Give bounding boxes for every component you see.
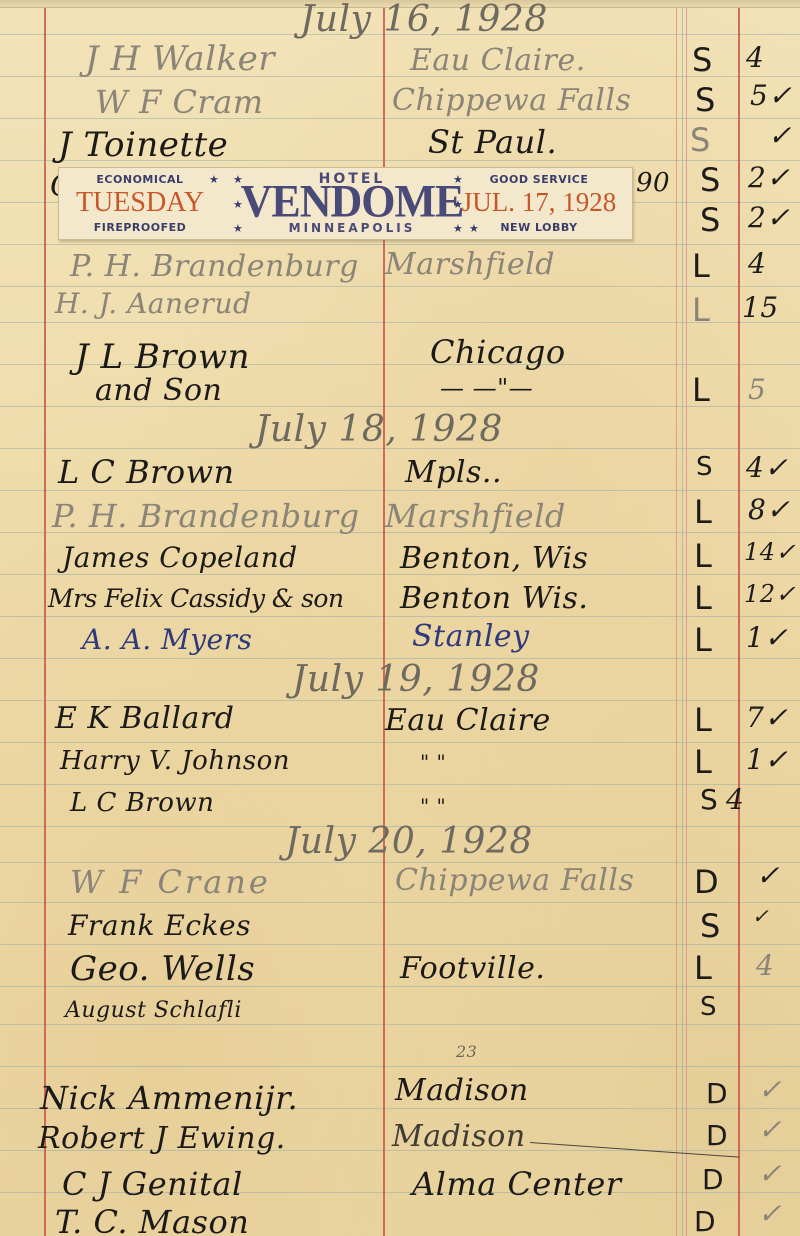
guest-city: " " (420, 752, 446, 772)
guest-name: Harry V. Johnson (60, 748, 290, 774)
rate: ✓ (756, 862, 780, 890)
room-code: S (695, 84, 716, 116)
rate: ✓ (758, 1160, 782, 1188)
room-code: S (700, 910, 721, 942)
rate: 7✓ (746, 704, 788, 732)
guest-city: Chicago (430, 336, 566, 368)
guest-city: Mpls.. (405, 458, 502, 488)
room-code: S (700, 204, 721, 236)
guest-name: W F Crane (70, 866, 271, 898)
rate: 4 (748, 250, 766, 278)
room-code: L (692, 250, 710, 282)
stamp-fireproofed: FIREPROOFED (65, 221, 215, 234)
date-heading: July 20, 1928 (285, 824, 533, 860)
guest-city: St Paul. (428, 126, 557, 158)
rate: ✓ (758, 1200, 782, 1228)
guest-city: — —"— (440, 376, 533, 400)
room-code: S (690, 124, 711, 156)
guest-name: James Copeland (62, 544, 298, 572)
room-code: L (692, 374, 710, 406)
guest-city: Alma Center (412, 1168, 622, 1200)
guest-city: Chippewa Falls (392, 86, 631, 116)
guest-city: Stanley (412, 622, 530, 652)
guest-name: E K Ballard (55, 704, 234, 734)
rate: ✓ (768, 122, 792, 150)
guest-name: T. C. Mason (55, 1206, 249, 1236)
room-code: D (706, 1080, 728, 1108)
rate: 1✓ (746, 624, 788, 652)
guest-name: P. H. Brandenburg (70, 252, 359, 282)
guest-city: Madison (395, 1076, 529, 1106)
room-code: L (694, 582, 712, 614)
room-code: L (694, 540, 712, 572)
rate: 5 (748, 376, 766, 404)
date-heading: July 16, 1928 (300, 2, 548, 38)
room-code: L (694, 746, 712, 778)
guest-city: Eau Claire (385, 706, 551, 736)
stamp-day: TUESDAY (65, 187, 215, 219)
date-heading: July 19, 1928 (292, 662, 540, 698)
guest-name: W F Cram (95, 86, 264, 118)
room-code: S (700, 994, 717, 1020)
guest-name: Geo. Wells (70, 952, 255, 986)
room-code: S (700, 786, 718, 814)
room-code: D (702, 1166, 724, 1194)
stamp-hotel-block: HOTEL VENDOME MINNEAPOLIS (227, 168, 477, 239)
guest-name: J H Walker (85, 42, 275, 76)
left-margin-rule (44, 8, 46, 1236)
rate: ✓ (758, 1076, 782, 1104)
stamp-left-block: ECONOMICAL TUESDAY FIREPROOFED (65, 168, 215, 239)
stamp-good-service: GOOD SERVICE (447, 173, 631, 186)
guest-name: Mrs Felix Cassidy & son (48, 586, 344, 611)
rate: 14✓ (744, 540, 796, 564)
room-code: L (694, 952, 712, 984)
guest-name: August Schlafli (65, 1000, 242, 1022)
rate: 8✓ (748, 496, 790, 524)
rate: 2✓ (748, 204, 790, 232)
rate: 15 (742, 294, 779, 322)
room-code: L (694, 704, 712, 736)
guest-city: Footville. (400, 954, 545, 984)
stamp-city: MINNEAPOLIS (227, 221, 477, 235)
rate-column-rule (738, 8, 740, 1236)
rate: 4 (756, 952, 774, 980)
room-code: L (692, 294, 710, 326)
room-code: D (694, 1208, 716, 1236)
room-code: S (696, 454, 713, 480)
room-code: S (700, 164, 721, 196)
hotel-date-stamp: ECONOMICAL TUESDAY FIREPROOFED ★ ★ ★ ★ H… (58, 167, 633, 240)
guest-city: Chippewa Falls (395, 866, 634, 896)
room-column-rule-2 (682, 8, 683, 1236)
extra-note: 90 (636, 170, 670, 196)
room-column-rule-3 (686, 8, 687, 1236)
guest-name: Frank Eckes (68, 912, 251, 940)
guest-city: Benton, Wis (400, 544, 588, 574)
rate: ✓ (752, 906, 769, 926)
guest-name: and Son (95, 376, 222, 406)
stamp-new-lobby: NEW LOBBY (447, 221, 631, 234)
guest-city: Marshfield (385, 500, 566, 532)
room-code: L (694, 496, 712, 528)
stamp-economical: ECONOMICAL (65, 173, 215, 186)
rate: 4 (746, 44, 764, 72)
margin-note: 23 (456, 1044, 477, 1060)
guest-name: L C Brown (58, 456, 235, 488)
guest-name: J Toinette (58, 128, 228, 162)
guest-city: Madison (392, 1122, 526, 1152)
guest-name: J L Brown (75, 340, 250, 374)
date-heading: July 18, 1928 (255, 412, 503, 448)
room-code: D (694, 866, 719, 898)
room-column-rule (676, 8, 677, 1236)
stamp-right-block: GOOD SERVICE JUL. 17, 1928 NEW LOBBY (447, 168, 631, 239)
guest-name: C J Genital (62, 1168, 243, 1200)
guest-city: Marshfield (385, 250, 555, 280)
star-icon: ★ (209, 173, 219, 186)
rate: 4✓ (746, 454, 788, 482)
guest-city: " " (420, 796, 446, 816)
rate: 12✓ (744, 582, 796, 606)
rate: 5✓ (750, 82, 792, 110)
guest-name: P. H. Brandenburg (52, 500, 360, 532)
stamp-date: JUL. 17, 1928 (447, 187, 631, 218)
rate: 2✓ (748, 164, 790, 192)
guest-name: H. J. Aanerud (55, 290, 251, 318)
register-page: July 16, 1928 July 18, 1928 July 19, 192… (0, 0, 800, 1236)
guest-name: Nick Ammenijr. (40, 1082, 298, 1114)
guest-name: A. A. Myers (82, 626, 252, 654)
rate: 1✓ (746, 746, 788, 774)
guest-city: Eau Claire. (410, 46, 586, 76)
room-code: D (706, 1122, 728, 1150)
room-code: S (692, 44, 713, 76)
guest-city: Benton Wis. (400, 584, 588, 614)
guest-name: Robert J Ewing. (38, 1124, 286, 1154)
rate: 4 (726, 786, 744, 814)
room-code: L (694, 624, 712, 656)
guest-name: L C Brown (70, 790, 214, 816)
rate: ✓ (758, 1116, 782, 1144)
